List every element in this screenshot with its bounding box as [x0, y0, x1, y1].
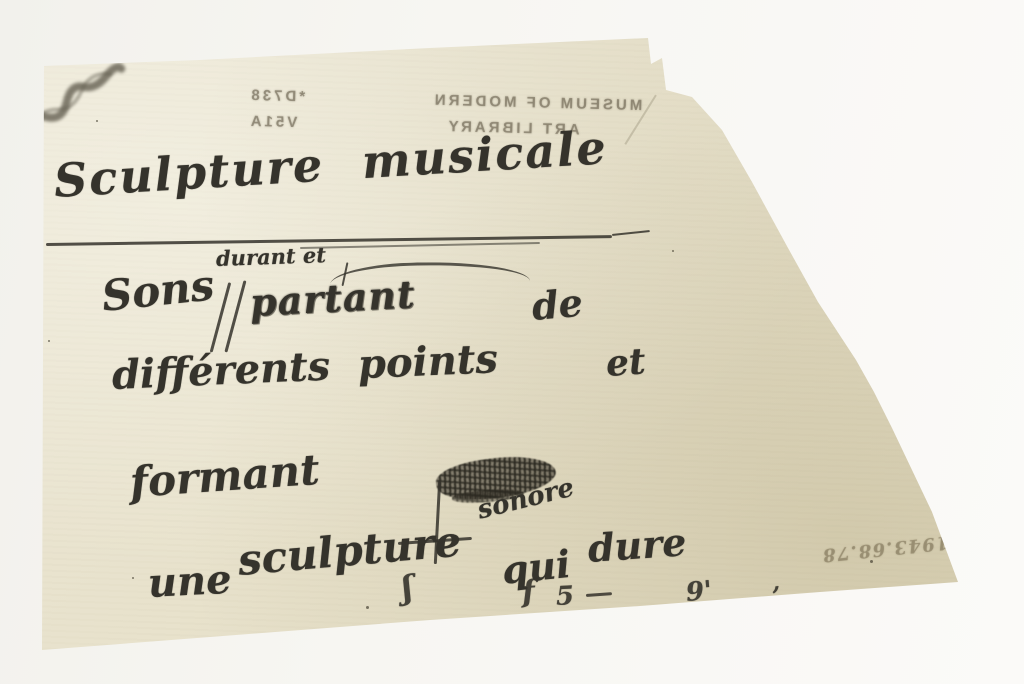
- edge-fragment-5: ,: [771, 571, 781, 594]
- stamp-call-mark: *D738: [248, 87, 305, 105]
- word-sons: Sons: [100, 264, 216, 318]
- edge-fragment-dash-stroke: [586, 592, 612, 597]
- edge-fragment-4: 9': [685, 578, 713, 606]
- edge-fragment-3: 5: [555, 583, 574, 610]
- stamp-museum-text: MUSEUM OF MODERN: [432, 92, 643, 115]
- title-underline-stroke: [46, 235, 612, 246]
- word-et: et: [605, 343, 647, 382]
- word-une: une: [147, 560, 233, 604]
- paper-speck: [672, 250, 674, 252]
- stamp-shelf-mark: V51A: [248, 113, 298, 131]
- title-underline-stroke-2: [300, 242, 540, 249]
- word-dure: dure: [587, 523, 688, 568]
- line-differents-points: différents points: [111, 339, 499, 396]
- accession-number-inscription: 1943.68.78: [799, 529, 970, 568]
- paper-speck: [96, 120, 98, 122]
- torn-paper: MUSEUM OF MODERN *D738 ART LIBRARY V51A …: [0, 0, 1024, 684]
- paper-speck: [247, 646, 250, 648]
- scan-background: MUSEUM OF MODERN *D738 ART LIBRARY V51A …: [0, 0, 1024, 684]
- paper-speck: [48, 340, 50, 342]
- paper-speck: [132, 577, 134, 579]
- stamp-line-1: MUSEUM OF MODERN *D738: [248, 87, 642, 114]
- paper-speck: [366, 606, 369, 609]
- paper-speck: [870, 560, 873, 563]
- note-title: Sculpture musicale: [53, 124, 609, 204]
- word-formant: formant: [129, 449, 321, 504]
- word-sculpture: sculpture: [236, 521, 463, 582]
- insertion-durant-et: durant et: [216, 244, 327, 269]
- edge-fragment-1: ʃ: [400, 571, 415, 604]
- partant-loop-stroke: [330, 261, 530, 290]
- corner-scribble-smudge: [8, 46, 137, 148]
- underline-tail-stroke: [612, 230, 650, 236]
- word-de: de: [530, 284, 584, 326]
- edge-fragment-2: f: [521, 577, 536, 608]
